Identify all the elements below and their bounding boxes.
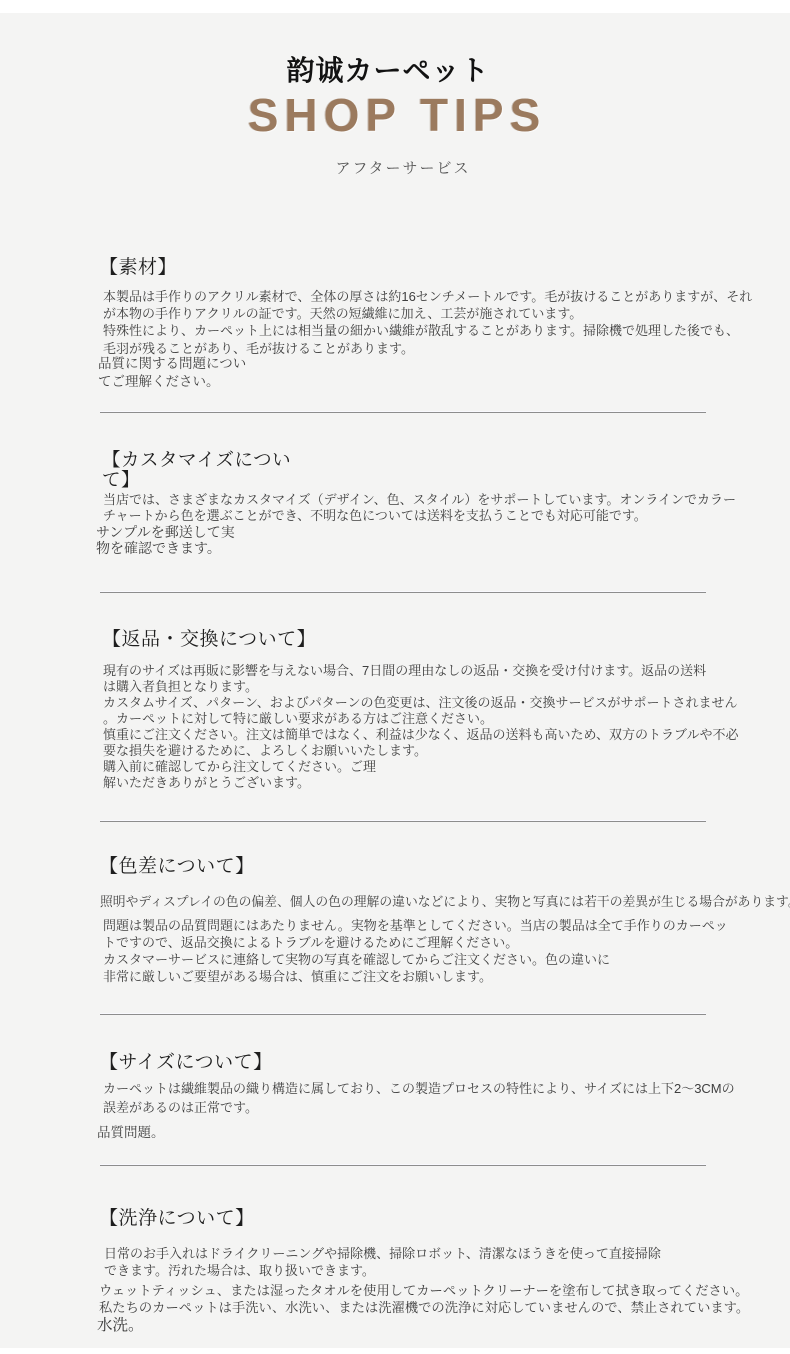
top-white-strip [0,0,790,13]
size-section-title: 【サイズについて】 [99,1051,273,1075]
color-difference-section-body: 問題は製品の品質問題にはあたりません。実物を基準としてください。当店の製品は全て… [103,917,728,985]
section-divider [100,1014,706,1015]
size-section-tail: 品質問題。 [97,1124,165,1141]
customize-section-title: 【カスタマイズについ て】 [102,450,291,489]
washing-section-tail: 水洗。 [97,1317,144,1334]
color-difference-section-title: 【色差について】 [99,855,255,879]
product-aftercare-page: 韵诚カーペット SHOP TIPS アフターサービス 【素材】 本製品は手作りの… [0,0,790,1354]
washing-section-body: 日常のお手入れはドライクリーニングや掃除機、掃除ロボット、清潔なほうきを使って直… [104,1246,661,1279]
shop-tips-logo: SHOP TIPS [0,88,790,142]
material-section-tail: 品質に関する問題につい てご理解ください。 [98,355,246,390]
returns-section-body: 現有のサイズは再販に影響を与えない場合、7日間の理由なしの返品・交換を受け付けま… [103,663,738,791]
section-divider [100,592,706,593]
bottom-white-strip [0,1348,790,1354]
aftercare-subtitle: アフターサービス [0,157,790,178]
color-difference-section-intro: 照明やディスプレイの色の偏差、個人の色の理解の違いなどにより、実物と写真には若干… [100,893,790,910]
washing-section-body-2: ウェットティッシュ、または湿ったタオルを使用してカーペットクリーナーを塗布して拭… [99,1283,749,1317]
section-divider [100,412,706,413]
returns-section-title: 【返品・交換について】 [102,628,316,652]
size-section-body: カーペットは繊維製品の織り構造に属しており、この製造プロセスの特性により、サイズ… [103,1080,735,1117]
brand-title: 韵诚カーペット [0,49,776,89]
customize-section-tail: サンプルを郵送して実 物を確認できます。 [96,524,235,557]
washing-section-title: 【洗浄について】 [99,1207,255,1231]
section-divider [100,1165,706,1166]
customize-section-body: 当店では、さまざまなカスタマイズ（デザイン、色、スタイル）をサポートしています。… [103,492,736,525]
material-section-body: 本製品は手作りのアクリル素材で、全体の厚さは約16センチメートルです。毛が抜ける… [103,288,752,357]
section-divider [100,821,706,822]
material-section-title: 【素材】 [99,256,177,280]
